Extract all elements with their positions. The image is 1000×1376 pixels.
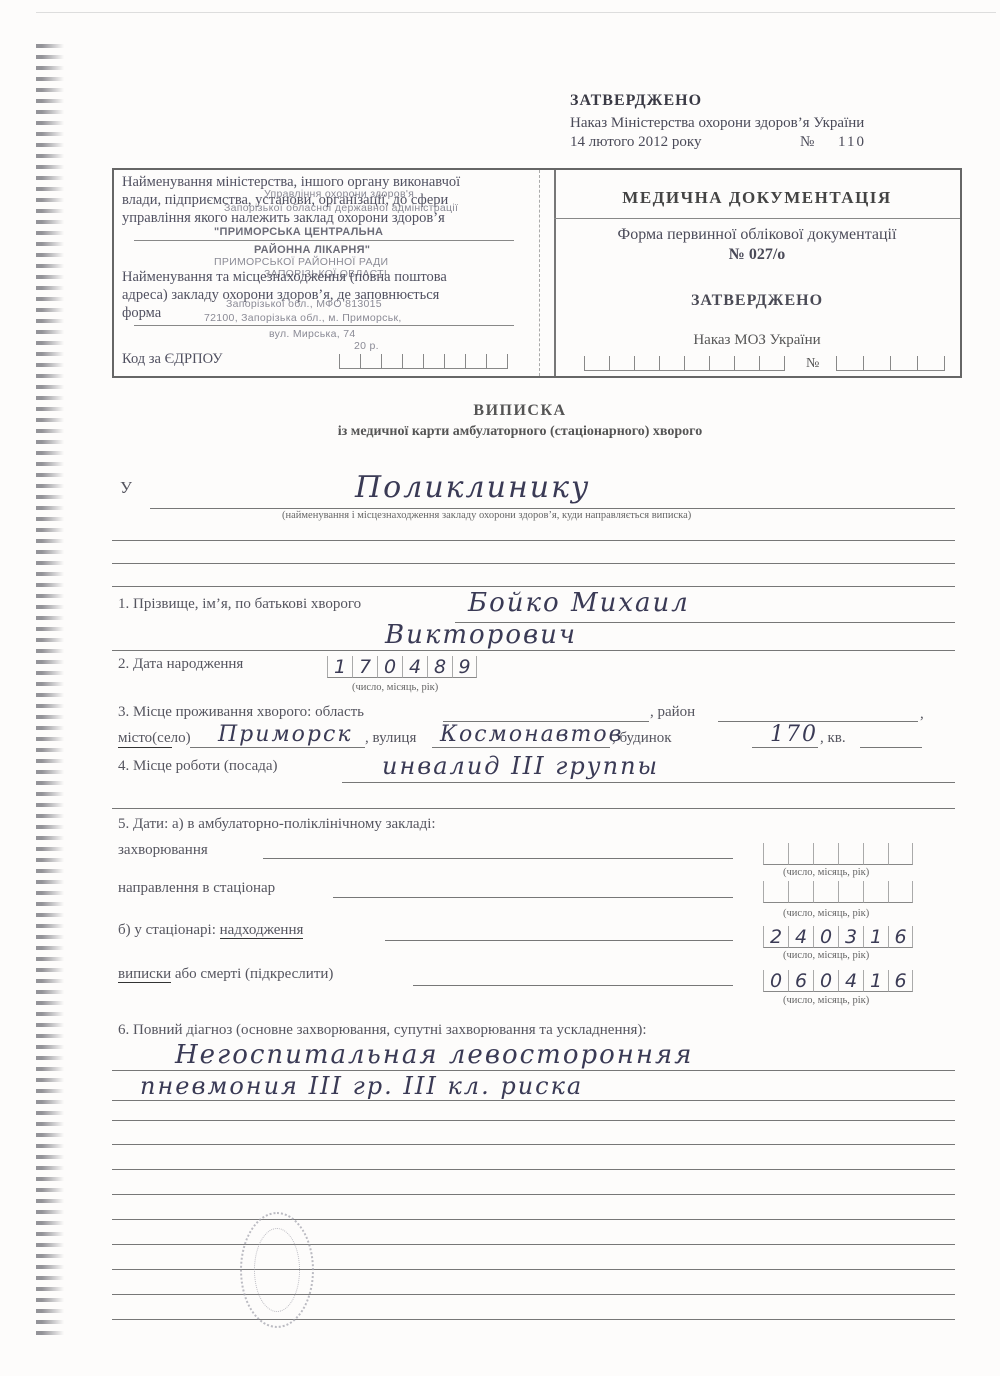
stamp-address-1: Запорізької обл., МФО 813015 — [226, 298, 382, 310]
moz-approved-title: ЗАТВЕРДЖЕНО — [554, 292, 960, 310]
street-line — [432, 747, 610, 748]
work-value: инвалид III группы — [382, 752, 659, 780]
diagnosis-rule — [112, 1319, 955, 1320]
diagnosis-rule — [112, 1194, 955, 1195]
city-label: місто(село) — [118, 730, 191, 747]
header-inner-rule — [539, 170, 540, 376]
discharge-digit: 1 — [863, 970, 888, 992]
residence-label: 3. Місце проживання хворого: область — [118, 704, 364, 721]
city-line — [190, 747, 365, 748]
moz-date-cells — [584, 356, 785, 371]
diagnosis-rule — [112, 1144, 955, 1145]
document-title: ВИПИСКА — [0, 402, 1000, 420]
discharge-line — [413, 985, 733, 986]
blank-line — [112, 540, 955, 541]
approval-number-label: № — [800, 134, 814, 151]
birth-digit: 8 — [427, 656, 452, 678]
header-right-separator — [554, 218, 960, 219]
street-label: , вулиця — [365, 730, 416, 747]
admission-digit: 4 — [788, 926, 813, 948]
blank-line — [112, 808, 955, 809]
name-value-line1: Бойко Михаил — [468, 588, 690, 618]
to-label: У — [120, 478, 132, 498]
edrpou-label: Код за ЄДРПОУ — [122, 350, 223, 368]
admission-line — [385, 940, 733, 941]
discharge-digit: 0 — [813, 970, 838, 992]
facility-label-3: форма — [122, 304, 161, 322]
blank-line — [112, 586, 955, 587]
admission-digit: 0 — [813, 926, 838, 948]
to-line — [150, 508, 955, 509]
approval-number: 110 — [838, 134, 866, 151]
edrpou-cells — [339, 354, 508, 369]
birth-date-boxes: 170489 — [327, 656, 477, 678]
approval-order-line: Наказ Міністерства охорони здоров’я Укра… — [570, 115, 864, 132]
illness-caption: (число, місяць, рік) — [783, 867, 869, 878]
referral-date-boxes — [763, 881, 913, 903]
admission-digit: 3 — [838, 926, 863, 948]
to-value: Поликлинику — [355, 470, 590, 505]
district-line — [718, 721, 918, 722]
admission-digit: 6 — [888, 926, 913, 948]
facility-label-1: Найменування та місцезнаходження (повна … — [122, 268, 537, 286]
moz-number-cells — [836, 356, 945, 371]
birth-digit: 9 — [452, 656, 477, 678]
name-line-2 — [112, 650, 955, 651]
med-doc-title: МЕДИЧНА ДОКУМЕНТАЦІЯ — [554, 188, 960, 208]
approval-title: ЗАТВЕРДЖЕНО — [570, 92, 702, 110]
page-edge — [36, 12, 996, 13]
discharge-label: виписки або смерті (підкреслити) — [118, 966, 333, 983]
spiral-binding-marks — [36, 40, 76, 1340]
house-label: , будинок — [612, 730, 672, 747]
form-number: № 027/о — [554, 246, 960, 264]
dates-label: 5. Дати: а) в амбулаторно-поліклінічному… — [118, 816, 436, 833]
diagnosis-rule — [112, 1244, 955, 1245]
diagnosis-label: 6. Повний діагноз (основне захворювання,… — [118, 1022, 647, 1039]
ministry-underline — [134, 240, 514, 241]
diagnosis-rule — [112, 1120, 955, 1121]
illness-label: захворювання — [118, 842, 208, 859]
street-value: Космонавтов — [440, 722, 623, 747]
referral-label: направлення в стаціонар — [118, 880, 275, 897]
stamp-address-2: 72100, Запорізька обл., м. Приморськ, — [204, 312, 402, 324]
diagnosis-line2: пневмония III гр. III кл. риска — [140, 1072, 583, 1100]
diagnosis-rule — [112, 1169, 955, 1170]
diagnosis-rule — [112, 1100, 955, 1101]
referral-caption: (число, місяць, рік) — [783, 908, 869, 919]
header-box: Найменування міністерства, іншого органу… — [112, 168, 962, 378]
referral-line — [333, 897, 733, 898]
discharge-digit: 4 — [838, 970, 863, 992]
admission-date-boxes: 240316 — [763, 926, 913, 948]
discharge-label-rest: або смерті (підкреслити) — [171, 966, 333, 982]
apt-label: , кв. — [820, 730, 846, 747]
birth-digit: 7 — [352, 656, 377, 678]
moz-order: Наказ МОЗ України — [554, 332, 960, 349]
city-underline-mark — [118, 747, 172, 748]
stamp-institution-3: ПРИМОРСЬКОЇ РАЙОННОЇ РАДИ — [214, 256, 388, 268]
district-comma: , — [920, 706, 924, 723]
stamp-year: 20 р. — [354, 340, 379, 352]
discharge-digit: 0 — [763, 970, 788, 992]
facility-underline — [134, 325, 514, 326]
diagnosis-rule — [112, 1269, 955, 1270]
stamp-institution-1: "ПРИМОРСЬКА ЦЕНТРАЛЬНА — [214, 226, 383, 238]
blank-line — [112, 563, 955, 564]
work-label: 4. Місце роботи (посада) — [118, 758, 278, 775]
to-caption: (найменування і місцезнаходження закладу… — [282, 510, 691, 521]
discharge-digit: 6 — [888, 970, 913, 992]
diagnosis-rule — [112, 1070, 955, 1071]
illness-date-boxes — [763, 843, 913, 865]
admission-caption: (число, місяць, рік) — [783, 950, 869, 961]
diagnosis-rule — [112, 1219, 955, 1220]
birth-label: 2. Дата народження — [118, 656, 243, 673]
name-label: 1. Прізвище, ім’я, по батькові хворого — [118, 596, 361, 613]
discharge-word: виписки — [118, 966, 171, 983]
discharge-caption: (число, місяць, рік) — [783, 995, 869, 1006]
work-line — [342, 782, 955, 783]
official-seal-stamp — [240, 1212, 314, 1328]
discharge-digit: 6 — [788, 970, 813, 992]
district-label: , район — [650, 704, 695, 721]
birth-digit: 1 — [327, 656, 352, 678]
apt-line — [860, 747, 922, 748]
stamp-address-3: вул. Мирська, 74 — [269, 328, 355, 340]
stamp-ministry-2: Запорізької обласної державної адміністр… — [224, 202, 458, 214]
stamp-institution-2: РАЙОННА ЛІКАРНЯ" — [254, 244, 370, 256]
approval-date: 14 лютого 2012 року — [570, 134, 701, 151]
hospital-label: б) у стаціонарі: надходження — [118, 922, 303, 939]
discharge-date-boxes: 060416 — [763, 970, 913, 992]
hospital-label-prefix: б) у стаціонарі: — [118, 922, 220, 938]
moz-number-label: № — [806, 356, 819, 372]
admission-digit: 2 — [763, 926, 788, 948]
birth-digit: 0 — [377, 656, 402, 678]
city-value: Приморск — [218, 722, 352, 747]
birth-caption: (число, місяць, рік) — [352, 682, 438, 693]
name-value-line2: Викторович — [385, 620, 577, 650]
document-subtitle: із медичної карти амбулаторного (стаціон… — [0, 424, 1000, 440]
admission-label: надходження — [220, 922, 304, 939]
admission-digit: 1 — [863, 926, 888, 948]
house-line — [752, 747, 818, 748]
diagnosis-line1: Негоспитальная левосторонняя — [175, 1040, 693, 1070]
birth-digit: 4 — [402, 656, 427, 678]
form-line: Форма первинної облікової документації — [554, 226, 960, 244]
illness-line — [263, 858, 733, 859]
stamp-ministry-1: Управління охорони здоров'я — [264, 188, 414, 200]
house-value: 170 — [770, 722, 818, 747]
diagnosis-rule — [112, 1294, 955, 1295]
